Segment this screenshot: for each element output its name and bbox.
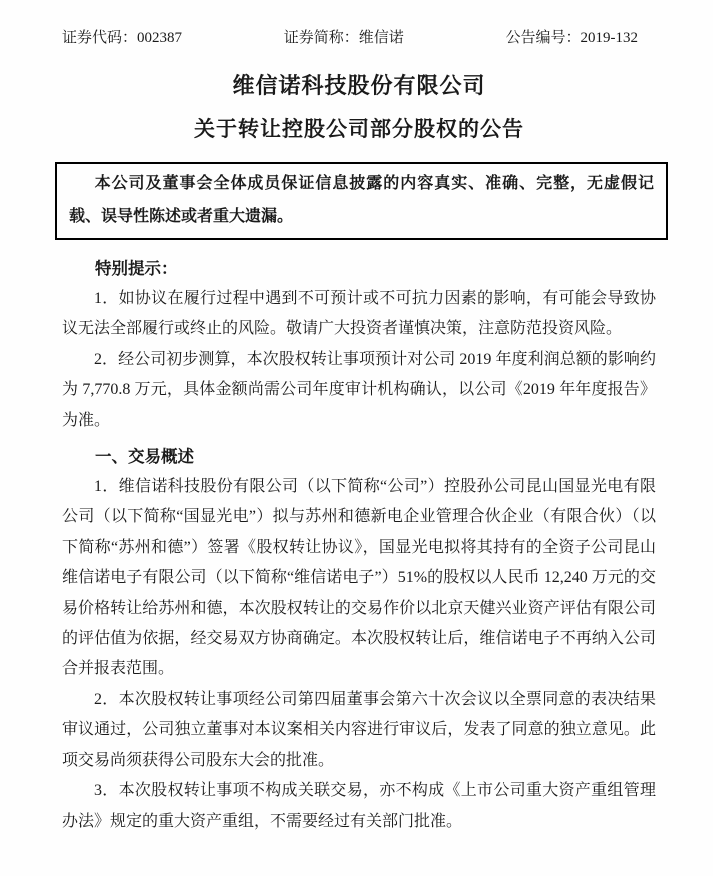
special-notice-paragraph-1: 1．如协议在履行过程中遇到不可预计或不可抗力因素的影响，有可能会导致协议无法全部…	[62, 284, 656, 345]
section-1-paragraph-2: 2．本次股权转让事项经公司第四届董事会第六十次会议以全票同意的表决结果审议通过，…	[62, 685, 656, 776]
announcement-subject: 关于转让控股公司部分股权的公告	[62, 117, 656, 141]
disclaimer-box: 本公司及董事会全体成员保证信息披露的内容真实、准确、完整，无虚假记载、误导性陈述…	[55, 162, 668, 240]
announcement-page: 证券代码：002387 证券简称：维信诺 公告编号：2019-132 维信诺科技…	[0, 0, 713, 876]
company-title: 维信诺科技股份有限公司	[62, 74, 656, 98]
doc-header: 证券代码：002387 证券简称：维信诺 公告编号：2019-132	[62, 28, 656, 48]
special-notice-paragraph-2: 2．经公司初步测算，本次股权转让事项预计对公司 2019 年度利润总额的影响约为…	[62, 345, 656, 436]
stock-abbr: 证券简称：维信诺	[284, 28, 404, 48]
section-1-heading: 一、交易概述	[62, 442, 656, 472]
disclaimer-text: 本公司及董事会全体成员保证信息披露的内容真实、准确、完整，无虚假记载、误导性陈述…	[69, 167, 654, 233]
section-1-paragraph-3: 3．本次股权转让事项不构成关联交易，亦不构成《上市公司重大资产重组管理办法》规定…	[62, 776, 656, 837]
announcement-number: 公告编号：2019-132	[506, 28, 639, 48]
section-1-paragraph-1: 1．维信诺科技股份有限公司（以下简称“公司”）控股孙公司昆山国显光电有限公司（以…	[62, 472, 656, 685]
special-notice-heading: 特别提示：	[62, 254, 656, 284]
stock-code: 证券代码：002387	[62, 28, 182, 48]
